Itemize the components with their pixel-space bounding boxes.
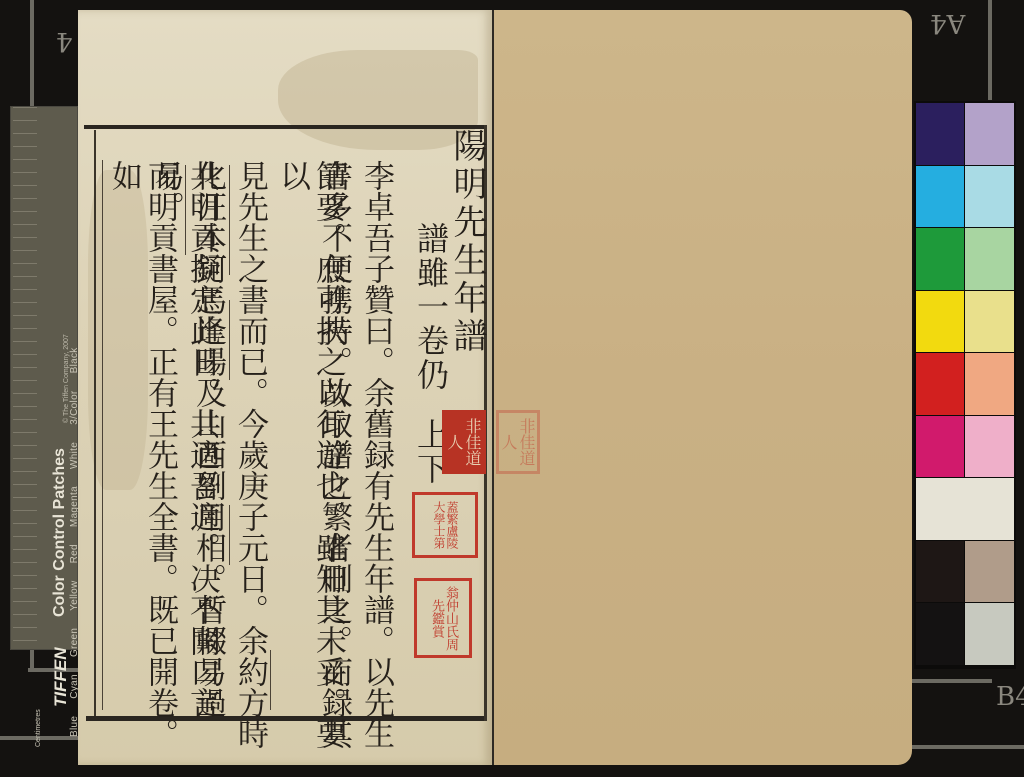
right-page-cover [492,10,912,765]
color-patch-red-solid [916,353,964,415]
color-patch-yellow-tint [965,291,1014,353]
color-patch-black-solid [916,603,964,665]
ruler-ticks [13,107,37,649]
color-patch-magenta-tint [965,416,1014,478]
text-column-7: 而明貢書屋。正有王先生全書。既已開卷。如 [106,160,178,777]
color-patch-cyan-tint [965,166,1014,228]
color-patch-red-tint [965,353,1014,415]
color-patch-green-tint [965,228,1014,290]
corner-label-top-right: A4 [930,8,965,38]
column-rule [270,650,271,710]
text-column-3: 節要。庶可挾之以行遊也。雖知其未妥。要以 [274,160,346,777]
ruler-brand: TIFFEN [51,648,71,708]
ruler-units: Centimetres [35,709,42,747]
seal-offset-impression: 非佳道人 [496,410,540,474]
column-rule [229,505,230,565]
color-patch-white [916,478,1014,540]
ruler-title: Color Control Patches [51,448,69,617]
background-grid-line [988,0,992,100]
background-grid-line [910,745,1024,749]
subtitle-column: 譜雖一卷仍 [410,222,452,392]
color-patch-3color-tint [965,541,1014,603]
color-patch-blue-solid [916,103,964,165]
column-rule [102,160,103,710]
seal-stamp: 翁仲山氏周先鑑賞 [414,578,472,658]
text-column-1: 李卓吾子贊曰。余舊録有先生年譜。以先生 [358,160,394,749]
color-patch-cyan-solid [916,166,964,228]
color-patch-strip [914,101,1016,669]
color-patch-green-solid [916,228,964,290]
page-frame-left-rule [94,130,96,716]
column-rule [229,165,230,275]
color-patch-magenta-solid [916,416,964,478]
color-patch-yellow-solid [916,291,964,353]
corner-label-top-left: 4 [56,26,73,56]
background-grid-line [910,679,992,683]
color-patch-black-tint [965,603,1014,665]
color-patch-blue-tint [965,103,1014,165]
color-patch-3color-solid [916,541,964,603]
title-column: 陽明先生年譜 [446,128,488,356]
seal-stamp: 蓋繁盧陵大學士第 [412,492,478,558]
corner-label-bottom-right: B4 [996,682,1024,712]
tiffen-color-control-ruler: TIFFEN Color Control Patches © The Tiffe… [10,106,78,650]
column-rule [229,300,230,380]
seal-stamp: 非佳道人 [442,410,486,474]
text-column-4: 見先生之書而已。今歲庚子元日。余約方時 [232,160,268,749]
page-frame-top-rule [84,125,486,129]
